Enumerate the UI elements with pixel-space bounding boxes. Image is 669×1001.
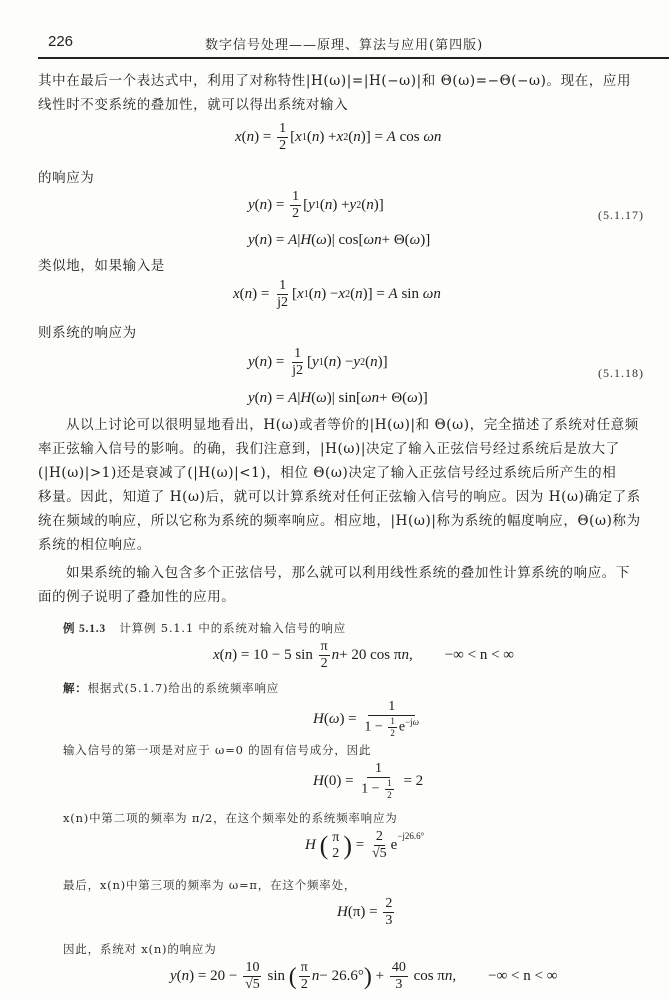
equation-y-cos-2: y(n) = A|H(ω)| cos[ωn + Θ(ω)] <box>248 232 430 249</box>
example-heading: 例 5.1.3 计算例 5.1.1 中的系统对输入信号的响应 <box>63 620 346 636</box>
paragraph-line: 统在频域的响应，所以它称为系统的频率响应。相应地，|H(ω)|称为系统的幅度响应… <box>38 511 641 531</box>
text-first-term: 输入信号的第一项是对应于 ω=0 的固有信号成分，因此 <box>63 742 371 758</box>
equation-y-final: y(n) = 20 − 10√5 sin (π2n − 26.6°) + 403… <box>170 961 557 992</box>
equation-x-cos: x(n) = 12[x1(n) + x2(n)] = A cos ωn <box>235 122 441 153</box>
paragraph-line: 系统的相位响应。 <box>38 535 151 555</box>
paragraph-line: 面的例子说明了叠加性的应用。 <box>38 587 235 607</box>
equation-example-input: x(n) = 10 − 5 sin π2n + 20 cos πn, −∞ < … <box>213 640 514 671</box>
paragraph-line: 从以上讨论可以很明显地看出，H(ω)或者等价的|H(ω)|和 Θ(ω)，完全描述… <box>66 415 639 435</box>
paragraph-line: 线性时不变系统的叠加性，就可以得出系统对输入 <box>38 95 348 115</box>
paragraph-line: 的响应为 <box>38 168 94 188</box>
equation-H-omega: H(ω) = 11 − 12e−jω <box>313 700 423 738</box>
paragraph-line: 类似地，如果输入是 <box>38 256 165 276</box>
equation-number: (5.1.17) <box>598 208 644 223</box>
solution-label: 解： <box>63 683 88 695</box>
example-label: 例 5.1.3 <box>63 623 106 635</box>
example-statement: 计算例 5.1.1 中的系统对输入信号的响应 <box>119 621 346 635</box>
equation-y-cos-1: y(n) = 12[y1(n) + y2(n)] <box>248 190 384 221</box>
solution-text: 根据式(5.1.7)给出的系统频率响应 <box>88 681 279 695</box>
paragraph-line: (|H(ω)|>1)还是衰减了(|H(ω)|<1)，相位 Θ(ω)决定了输入正弦… <box>38 463 616 483</box>
paragraph-line: 如果系统的输入包含多个正弦信号，那么就可以利用线性系统的叠加性计算系统的响应。下 <box>66 563 630 583</box>
equation-x-sin: x(n) = 1j2[x1(n) − x2(n)] = A sin ωn <box>233 279 441 310</box>
range-label: −∞ < n < ∞ <box>488 968 557 985</box>
text-second-term: x(n)中第二项的频率为 π/2，在这个频率处的系统频率响应为 <box>63 810 398 826</box>
equation-number: (5.1.18) <box>598 366 644 381</box>
paragraph-line: 率正弦输入信号的影响。的确，我们注意到，|H(ω)|决定了输入正弦信号经过系统后… <box>38 439 620 459</box>
equation-H0: H(0) = 11 − 12 = 2 <box>313 762 423 800</box>
range-label: −∞ < n < ∞ <box>445 647 514 664</box>
solution-line: 解：根据式(5.1.7)给出的系统频率响应 <box>63 680 279 696</box>
equation-H-pi: H(π) = 23 <box>337 897 396 928</box>
paragraph-line: 则系统的响应为 <box>38 323 137 343</box>
paragraph-line: 其中在最后一个表达式中，利用了对称特性|H(ω)|=|H(−ω)|和 Θ(ω)=… <box>38 71 631 91</box>
equation-H-pi-over-2: H (π2) = 2√5e−j26.6° <box>305 830 424 861</box>
text-therefore: 因此，系统对 x(n)的响应为 <box>63 941 217 957</box>
equation-y-sin-1: y(n) = 1j2[y1(n) − y2(n)] <box>248 347 388 378</box>
text-third-term: 最后，x(n)中第三项的频率为 ω=π，在这个频率处， <box>63 877 356 893</box>
running-header-title: 数字信号处理——原理、算法与应用(第四版) <box>205 34 483 53</box>
page-number: 226 <box>48 33 73 50</box>
equation-y-sin-2: y(n) = A|H(ω)| sin[ωn + Θ(ω)] <box>248 390 428 407</box>
paragraph-line: 移量。因此，知道了 H(ω)后，就可以计算系统对任何正弦输入信号的响应。因为 H… <box>38 487 641 507</box>
header-rule <box>38 57 669 59</box>
